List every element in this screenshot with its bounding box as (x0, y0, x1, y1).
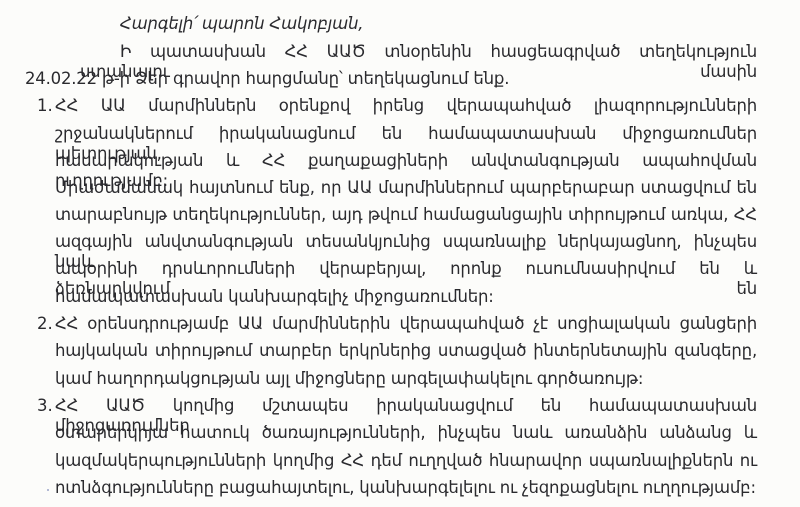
intro-line-2: 24.02.22 թ-ի Ձեր գրավոր հարցմանը՝ տեղեկա… (25, 69, 509, 89)
list-number-3: 3. (37, 396, 53, 416)
scanned-letter-page: Հարգելի՛ պարոն Հակոբյան, Ի պատասխան ՀՀ Ա… (0, 0, 800, 507)
item-1-line-5: տարաբնույթ տեղեկություններ, այդ թվում հա… (55, 205, 757, 225)
item-2-line-3: կամ հաղորդակցության այլ միջոցները արգելա… (55, 369, 643, 389)
item-2-line-1: ՀՀ օրենսդրությամբ ԱԱ մարմիններին վերապահ… (55, 314, 757, 334)
item-1-line-8: համապատասխան կանխարգելիչ միջոցառումներ: (55, 287, 494, 307)
list-number-2: 2. (37, 314, 53, 334)
item-1-line-1: ՀՀ ԱԱ մարմիններն օրենքով իրենց վերապահվա… (55, 96, 757, 116)
item-3-line-3: կազմակերպությունների կողմից ՀՀ դեմ ուղղվ… (55, 451, 757, 471)
item-3-line-2: օտարերկրյա հատուկ ծառայությունների, ինչպ… (55, 423, 757, 443)
scan-artifact (47, 489, 49, 491)
list-number-1: 1. (37, 96, 53, 116)
salutation: Հարգելի՛ պարոն Հակոբյան, (120, 14, 363, 34)
item-2-line-2: հայկական տիրույթում տարբեր երկրներից ստա… (55, 341, 757, 361)
item-3-line-4: ոտնձգությունները բացահայտելու, կանխարգել… (55, 478, 756, 498)
item-1-line-4: Միաժամանակ հայտնում ենք, որ ԱԱ մարմիններ… (55, 178, 757, 198)
